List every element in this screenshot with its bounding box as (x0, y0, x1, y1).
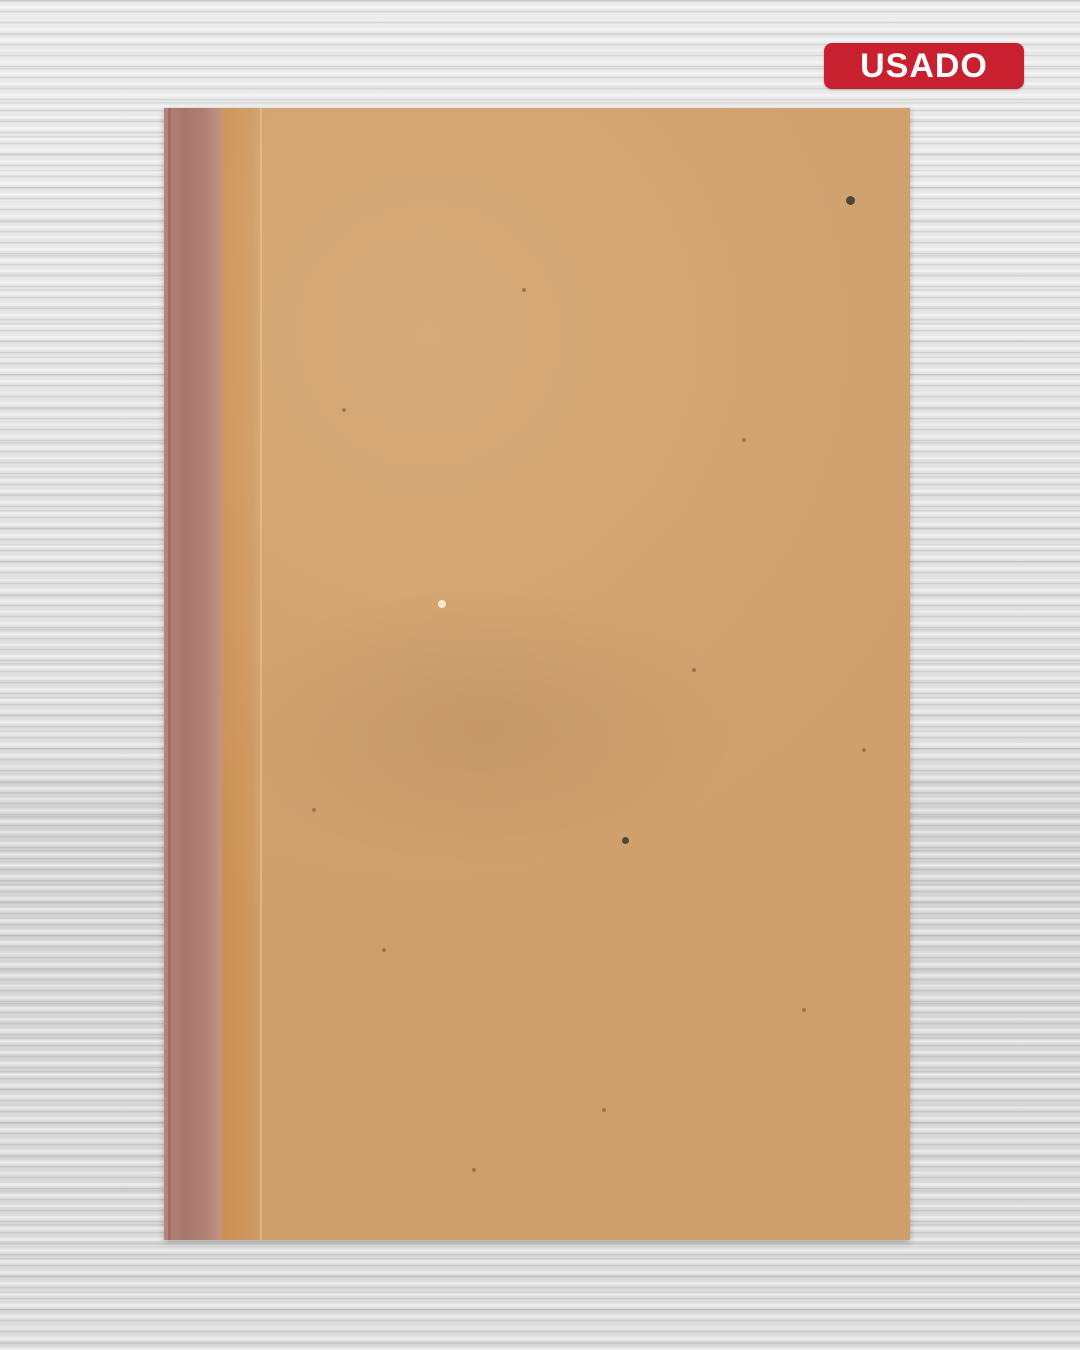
condition-badge-label: USADO (860, 47, 988, 86)
fiber-speck (692, 668, 696, 672)
cover-surface (222, 108, 910, 1240)
fiber-speck (342, 408, 346, 412)
ink-spot (846, 196, 855, 205)
fiber-speck (382, 948, 386, 952)
fiber-speck (522, 288, 526, 292)
book-spine (164, 108, 222, 1240)
book-back-cover (164, 108, 910, 1240)
fiber-speck (742, 438, 746, 442)
fiber-speck (862, 748, 866, 752)
hinge-line (260, 108, 262, 1240)
condition-badge: USADO (824, 43, 1024, 89)
fiber-speck (602, 1108, 606, 1112)
fiber-speck (802, 1008, 806, 1012)
light-spot (438, 600, 446, 608)
ink-spot (622, 837, 629, 844)
fiber-speck (312, 808, 316, 812)
fiber-speck (472, 1168, 476, 1172)
